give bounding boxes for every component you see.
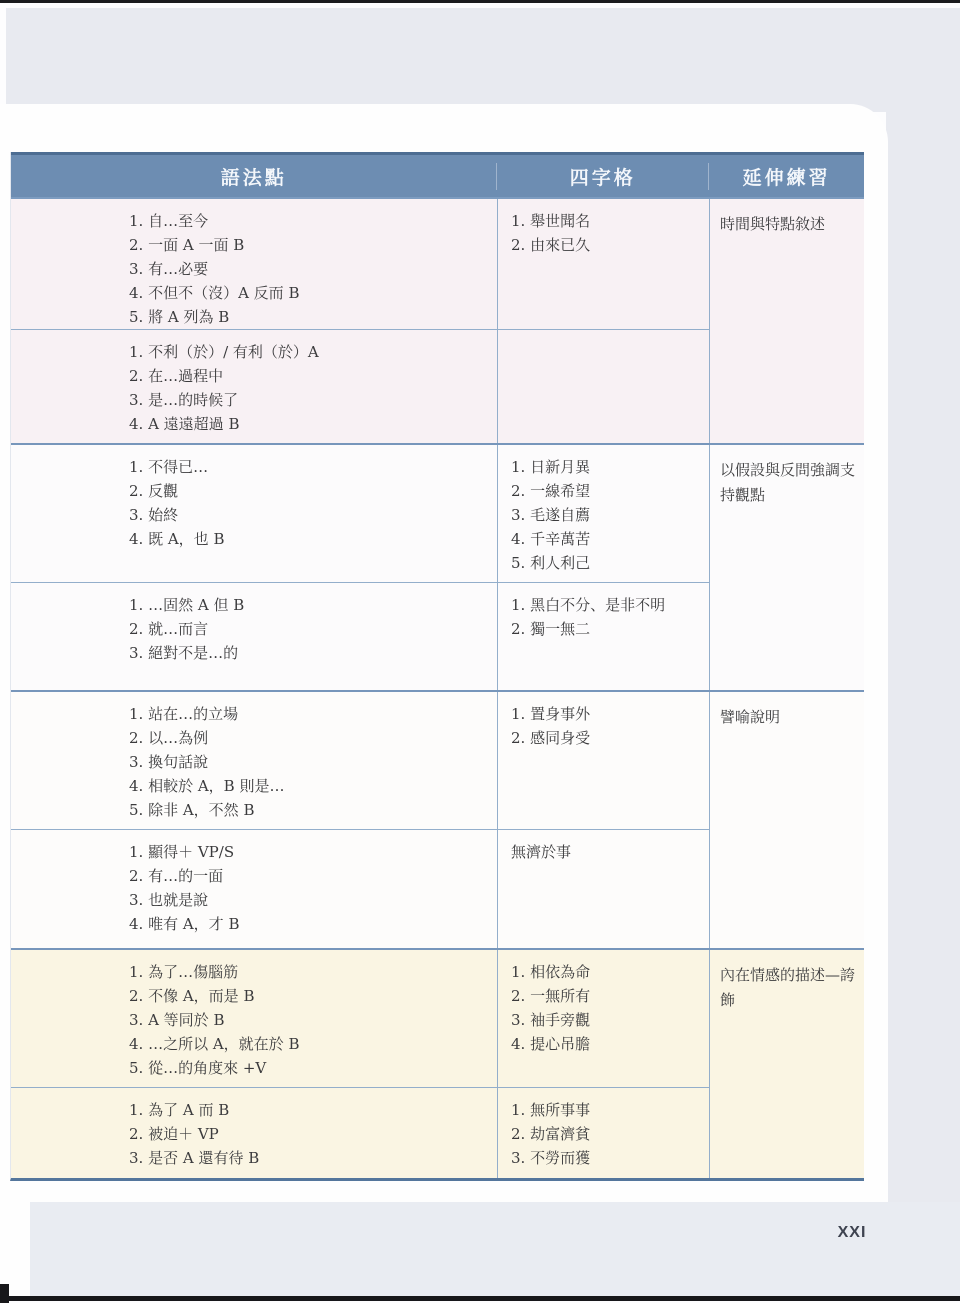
idiom-cell: 1. 置身事外 2. 感同身受 xyxy=(498,692,710,829)
idiom-item: 5. 利人利己 xyxy=(511,551,703,575)
idiom-item: 1. 黑白不分、是非不明 xyxy=(511,593,703,617)
page-number: XXI xyxy=(822,1224,882,1242)
grammar-item: 3. 是否 A 還有待 B xyxy=(129,1146,489,1170)
idiom-item: 2. 獨一無二 xyxy=(511,617,703,641)
grammar-item: 3. 換句話說 xyxy=(129,750,489,774)
grammar-item: 1. 為了 A 而 B xyxy=(129,1098,489,1122)
grammar-item: 5. 從…的角度來 +V xyxy=(129,1056,489,1080)
grammar-item: 3. 始終 xyxy=(129,503,489,527)
grammar-item: 2. 以…為例 xyxy=(129,726,489,750)
grammar-item: 2. 就…而言 xyxy=(129,617,489,641)
grammar-item: 4. 既 A，也 B xyxy=(129,527,489,551)
idiom-item: 1. 置身事外 xyxy=(511,702,703,726)
extension-cell: 內在情感的描述—誇飾 xyxy=(710,950,865,1178)
idiom-cell: 1. 舉世聞名 2. 由來已久 xyxy=(498,199,710,329)
idiom-cell: 1. 黑白不分、是非不明 2. 獨一無二 xyxy=(498,582,710,690)
grammar-item: 1. 不利（於）/ 有利（於）A xyxy=(129,340,489,364)
grammar-summary-table: 語法點 四字格 延伸練習 1. 自…至今 2. 一面 A 一面 B 3. 有…必… xyxy=(10,152,864,1181)
idiom-item: 1. 無所事事 xyxy=(511,1098,703,1122)
idiom-cell: 1. 無所事事 2. 劫富濟貧 3. 不勞而獲 xyxy=(498,1087,710,1178)
idiom-item: 3. 不勞而獲 xyxy=(511,1146,703,1170)
grammar-cell: 1. 為了 A 而 B 2. 被迫＋ VP 3. 是否 A 還有待 B xyxy=(11,1087,498,1178)
extension-text: 譬喻說明 xyxy=(720,705,855,730)
table-group-3: 1. 站在…的立場 2. 以…為例 3. 換句話說 4. 相較於 A，B 則是…… xyxy=(11,690,864,948)
grammar-item: 2. 一面 A 一面 B xyxy=(129,233,489,257)
grammar-item: 1. …固然 A 但 B xyxy=(129,593,489,617)
scan-artifact-bottom-line xyxy=(0,1296,960,1301)
grammar-item: 1. 站在…的立場 xyxy=(129,702,489,726)
grammar-item: 2. 在…過程中 xyxy=(129,364,489,388)
grammar-item: 4. 相較於 A，B 則是… xyxy=(129,774,489,798)
extension-text: 以假設與反問強調支持觀點 xyxy=(720,458,855,508)
idiom-item: 4. 提心吊膽 xyxy=(511,1032,703,1056)
grammar-item: 5. 將 A 列為 B xyxy=(129,305,489,329)
grammar-item: 3. A 等同於 B xyxy=(129,1008,489,1032)
idiom-item: 1. 相依為命 xyxy=(511,960,703,984)
idiom-item: 2. 一無所有 xyxy=(511,984,703,1008)
idiom-item: 1. 舉世聞名 xyxy=(511,209,703,233)
grammar-cell: 1. 站在…的立場 2. 以…為例 3. 換句話說 4. 相較於 A，B 則是…… xyxy=(11,692,498,829)
extension-text: 內在情感的描述—誇飾 xyxy=(720,963,855,1013)
idiom-item: 3. 毛遂自薦 xyxy=(511,503,703,527)
grammar-item: 2. 有…的一面 xyxy=(129,864,489,888)
header-four-character-idioms: 四字格 xyxy=(497,163,709,190)
grammar-item: 3. 也就是說 xyxy=(129,888,489,912)
header-extended-practice: 延伸練習 xyxy=(709,163,864,190)
grammar-item: 3. 有…必要 xyxy=(129,257,489,281)
idiom-item: 3. 袖手旁觀 xyxy=(511,1008,703,1032)
grammar-item: 5. 除非 A，不然 B xyxy=(129,798,489,822)
grammar-cell: 1. 不得已… 2. 反觀 3. 始終 4. 既 A，也 B xyxy=(11,445,498,582)
grammar-item: 1. 不得已… xyxy=(129,455,489,479)
grammar-item: 1. 自…至今 xyxy=(129,209,489,233)
scanned-book-page: 語法點 四字格 延伸練習 1. 自…至今 2. 一面 A 一面 B 3. 有…必… xyxy=(0,0,960,1303)
table-header-row: 語法點 四字格 延伸練習 xyxy=(11,152,864,199)
extension-cell: 譬喻說明 xyxy=(710,692,865,948)
extension-text: 時間與特點敘述 xyxy=(720,212,855,237)
grammar-item: 1. 為了…傷腦筋 xyxy=(129,960,489,984)
page-right-margin-band xyxy=(886,26,960,1212)
grammar-cell: 1. 顯得＋ VP/S 2. 有…的一面 3. 也就是說 4. 唯有 A，才 B xyxy=(11,829,498,948)
grammar-item: 2. 不像 A，而是 B xyxy=(129,984,489,1008)
idiom-cell: 1. 日新月異 2. 一線希望 3. 毛遂自薦 4. 千辛萬苦 5. 利人利己 xyxy=(498,445,710,582)
scan-artifact-corner xyxy=(0,1284,9,1303)
idiom-item: 1. 日新月異 xyxy=(511,455,703,479)
scan-artifact-top-line xyxy=(0,0,960,3)
idiom-item: 無濟於事 xyxy=(511,840,703,864)
grammar-item: 2. 被迫＋ VP xyxy=(129,1122,489,1146)
grammar-item: 4. 不但不（沒）A 反而 B xyxy=(129,281,489,305)
extension-cell: 以假設與反問強調支持觀點 xyxy=(710,445,865,690)
idiom-cell: 1. 相依為命 2. 一無所有 3. 袖手旁觀 4. 提心吊膽 xyxy=(498,950,710,1087)
extension-cell: 時間與特點敘述 xyxy=(710,199,865,443)
table-group-4: 1. 為了…傷腦筋 2. 不像 A，而是 B 3. A 等同於 B 4. …之所… xyxy=(11,948,864,1178)
idiom-cell-empty xyxy=(498,329,710,443)
table-group-1: 1. 自…至今 2. 一面 A 一面 B 3. 有…必要 4. 不但不（沒）A … xyxy=(11,199,864,443)
page-bottom-shadow-band xyxy=(30,1202,960,1296)
idiom-item: 2. 一線希望 xyxy=(511,479,703,503)
grammar-item: 3. 是…的時候了 xyxy=(129,388,489,412)
grammar-item: 4. 唯有 A，才 B xyxy=(129,912,489,936)
idiom-item: 4. 千辛萬苦 xyxy=(511,527,703,551)
grammar-item: 3. 絕對不是…的 xyxy=(129,641,489,665)
grammar-item: 1. 顯得＋ VP/S xyxy=(129,840,489,864)
grammar-cell: 1. 為了…傷腦筋 2. 不像 A，而是 B 3. A 等同於 B 4. …之所… xyxy=(11,950,498,1087)
grammar-cell: 1. 不利（於）/ 有利（於）A 2. 在…過程中 3. 是…的時候了 4. A… xyxy=(11,329,498,443)
grammar-cell: 1. …固然 A 但 B 2. 就…而言 3. 絕對不是…的 xyxy=(11,582,498,690)
table-group-2: 1. 不得已… 2. 反觀 3. 始終 4. 既 A，也 B 1. 日新月異 2… xyxy=(11,443,864,690)
idiom-item: 2. 劫富濟貧 xyxy=(511,1122,703,1146)
idiom-item: 2. 感同身受 xyxy=(511,726,703,750)
page-top-shadow-band xyxy=(6,8,960,112)
grammar-item: 2. 反觀 xyxy=(129,479,489,503)
grammar-item: 4. A 遠遠超過 B xyxy=(129,412,489,436)
grammar-cell: 1. 自…至今 2. 一面 A 一面 B 3. 有…必要 4. 不但不（沒）A … xyxy=(11,199,498,329)
idiom-cell: 無濟於事 xyxy=(498,829,710,948)
grammar-item: 4. …之所以 A，就在於 B xyxy=(129,1032,489,1056)
header-grammar-points: 語法點 xyxy=(11,163,497,190)
idiom-item: 2. 由來已久 xyxy=(511,233,703,257)
